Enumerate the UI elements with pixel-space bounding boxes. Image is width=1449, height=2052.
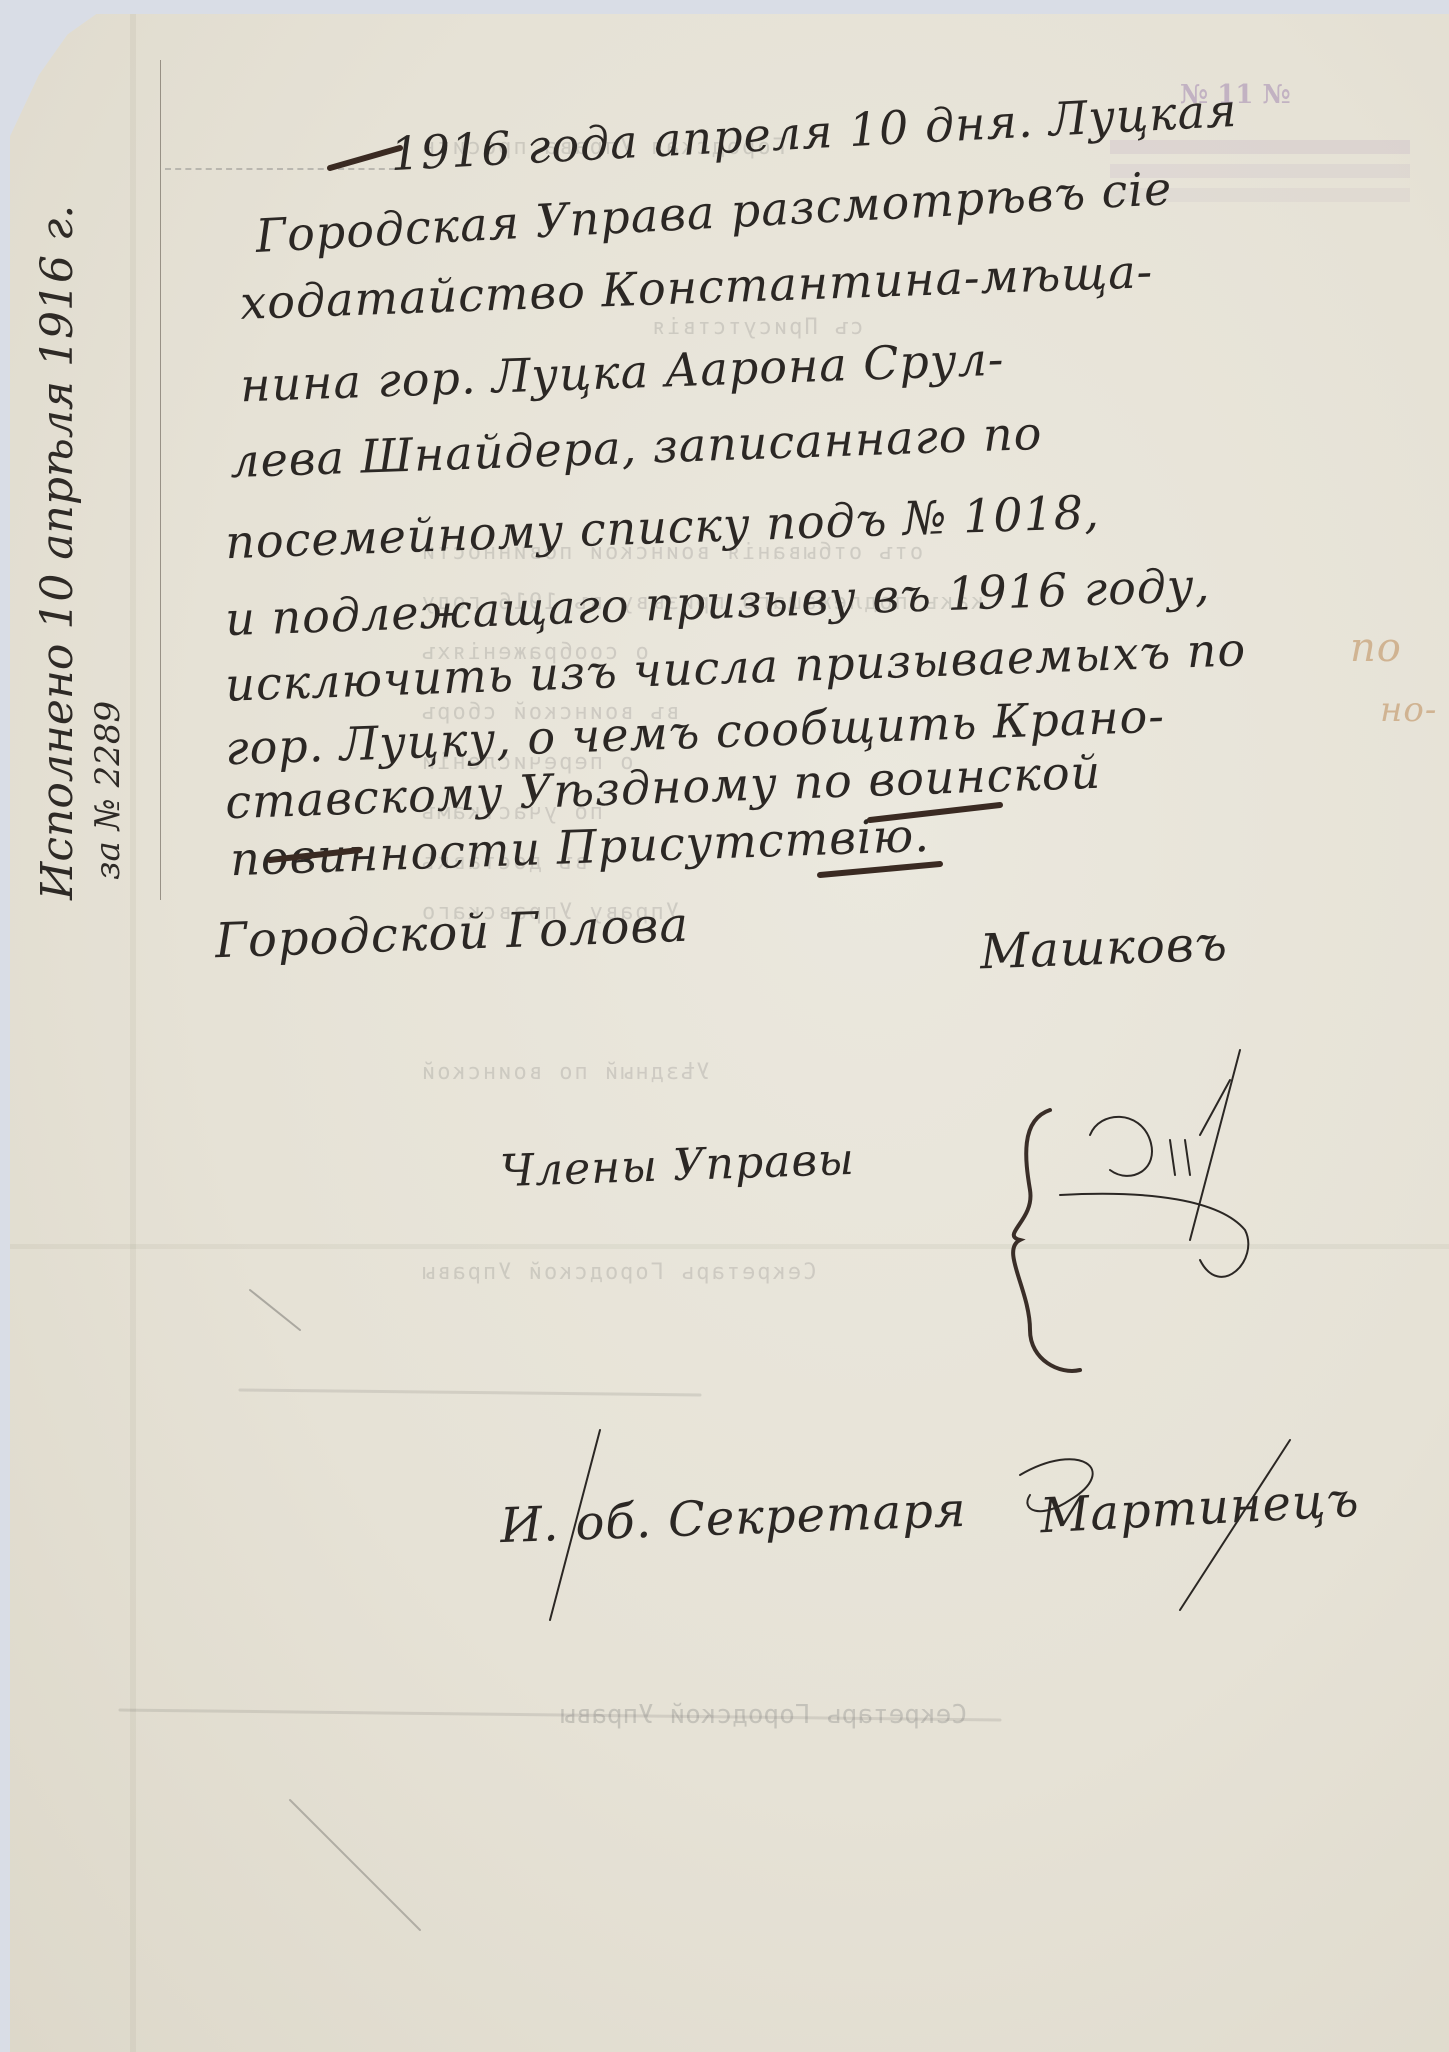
- pen-flourishes: [0, 0, 1449, 2052]
- faded-ink-note: по: [1350, 625, 1402, 671]
- faded-typewritten-footer: Секретарь Городской Управы: [560, 1700, 967, 1730]
- faded-ink-note: но-: [1380, 690, 1437, 730]
